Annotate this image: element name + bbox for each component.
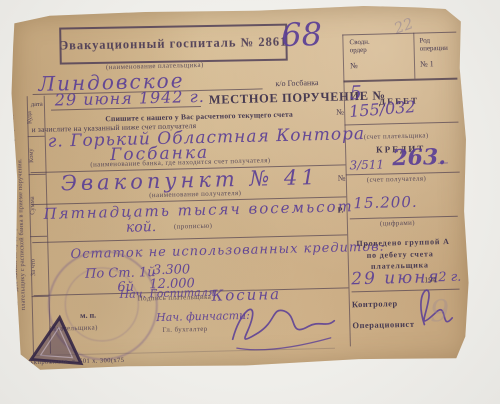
- hospital-stamp-box: Эвакуационный госпиталь № 2861: [59, 24, 288, 65]
- recipient-caption: (наименование получателя): [149, 190, 241, 200]
- hospital-stamp-text: Эвакуационный госпиталь № 2861: [60, 35, 288, 54]
- corner-number-handwritten: 68: [281, 15, 323, 54]
- rule-line: [29, 174, 46, 175]
- accountant-label: Гл. бухгалтер: [162, 326, 207, 334]
- rule-line: [413, 33, 415, 79]
- order-cell-no: №: [350, 62, 358, 71]
- operation-cell-line2: операции: [420, 45, 448, 53]
- date-label: дата: [31, 102, 43, 109]
- amount-words-caption: (прописью): [174, 223, 213, 231]
- credit-account-no-label: №: [338, 174, 346, 183]
- margin-label-summa: Сумма: [29, 196, 36, 215]
- margin-label-komu: Кому: [28, 148, 35, 163]
- amount-figures-caption: (цифрами): [380, 220, 415, 228]
- operation-cell-no: № 1: [420, 60, 434, 69]
- margin-legal-text: 2-й — для записи по кредиту счета получа…: [8, 92, 26, 310]
- credit-dash-handwritten: —: [437, 156, 448, 169]
- rule-line: [28, 136, 45, 137]
- rule-line: [344, 122, 458, 126]
- credit-account-handwritten-small: 3/511: [349, 157, 384, 172]
- pencil-mark: 9: [430, 294, 450, 329]
- amount-words-handwritten-line2: кой.: [126, 219, 157, 236]
- credit-caption: (счет получателя): [367, 175, 427, 184]
- amount-figures-handwritten: 15.200.: [353, 193, 418, 213]
- margin-label-zachto: За что: [30, 259, 37, 276]
- instruction-line1: Спишите с нашего у Вас расчетного текуще…: [105, 111, 293, 124]
- controller-label: Контролер: [352, 299, 398, 309]
- debit-account-no-label: №: [336, 108, 344, 117]
- margin-label-kuda: Куда: [26, 111, 33, 124]
- processed-line1: Проведено группой А: [356, 238, 449, 249]
- scanned-document: 2-й — для записи по кредиту счета получа…: [9, 3, 473, 372]
- debit-caption: (счет плательщика): [364, 132, 429, 141]
- amount-words-handwritten-line1: Пятнадцать тысяч восемьсот: [43, 197, 354, 223]
- debit-account-handwritten: 155/032: [348, 97, 416, 121]
- printer-imprint: орькпромжсов. з. 501 х. 300(х75: [23, 358, 124, 367]
- order-cell-line2: ордер: [350, 47, 367, 55]
- branch-label: к/о Госбанка: [275, 79, 318, 88]
- rule-line: [30, 236, 47, 237]
- processed-line2: по дебету счета: [367, 250, 434, 260]
- ruble-label: Р.: [337, 206, 343, 215]
